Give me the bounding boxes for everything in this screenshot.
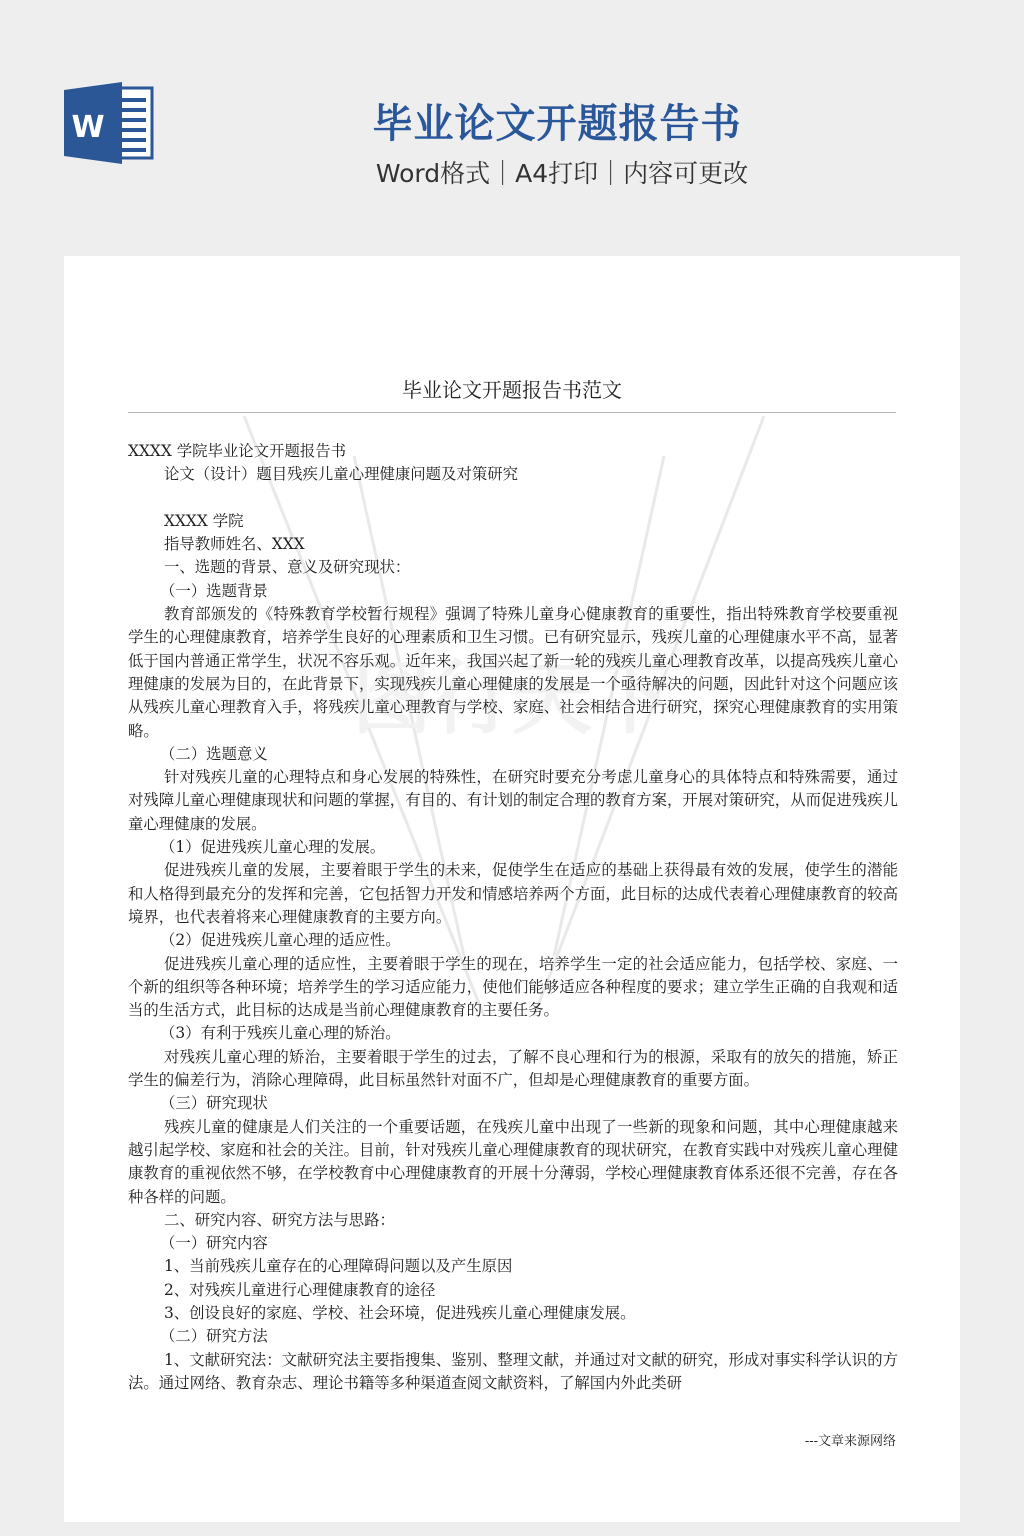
subsection-heading-background: （一）选题背景 (128, 580, 898, 603)
paragraph-advisor: 指导教师姓名、XXX (128, 533, 898, 556)
content-item-2: 2、对残疾儿童进行心理健康教育的途径 (128, 1279, 898, 1302)
paragraph-college-report: XXXX 学院毕业论文开题报告书 (128, 440, 898, 463)
paragraph-status: 残疾儿童的健康是人们关注的一个重要话题，在残疾儿童中出现了一些新的现象和问题，其… (128, 1116, 898, 1209)
paragraph-item-1: 促进残疾儿童的发展，主要着眼于学生的未来，促使学生在适应的基础上获得最有效的发展… (128, 859, 898, 929)
paragraph-background: 教育部颁发的《特殊教育学校暂行规程》强调了特殊儿童身心健康教育的重要性，指出特殊… (128, 603, 898, 743)
document-title: 毕业论文开题报告书范文 (64, 374, 960, 403)
subsection-heading-methods: （二）研究方法 (128, 1325, 898, 1348)
content-item-1: 1、当前残疾儿童存在的心理障碍问题以及产生原因 (128, 1255, 898, 1278)
paragraph-item-3: 对残疾儿童心理的矫治，主要着眼于学生的过去，了解不良心理和行为的根源，采取有的放… (128, 1046, 898, 1093)
item-heading-2: （2）促进残疾儿童心理的适应性。 (128, 929, 898, 952)
item-heading-3: （3）有利于残疾儿童心理的矫治。 (128, 1022, 898, 1045)
document-body: XXXX 学院毕业论文开题报告书 论文（设计）题目残疾儿童心理健康问题及对策研究… (128, 440, 898, 1395)
title-divider (128, 412, 896, 413)
banner-title: 毕业论文开题报告书 (0, 92, 1024, 149)
banner-subtitle: Word格式｜A4打印｜内容可更改 (0, 154, 1024, 190)
section-heading-2: 二、研究内容、研究方法与思路： (128, 1209, 898, 1232)
document-page: 图行天下 毕业论文开题报告书范文 XXXX 学院毕业论文开题报告书 论文（设计）… (64, 256, 960, 1522)
paragraph-thesis-topic: 论文（设计）题目残疾儿童心理健康问题及对策研究 (128, 463, 898, 486)
blank-line (128, 487, 898, 510)
banner-header: W 毕业论文开题报告书 Word格式｜A4打印｜内容可更改 (0, 0, 1024, 256)
subsection-heading-content: （一）研究内容 (128, 1232, 898, 1255)
paragraph-method-literature: 1、文献研究法：文献研究法主要指搜集、鉴别、整理文献，并通过对文献的研究，形成对… (128, 1349, 898, 1396)
subsection-heading-significance: （二）选题意义 (128, 743, 898, 766)
item-heading-1: （1）促进残疾儿童心理的发展。 (128, 836, 898, 859)
subsection-heading-status: （三）研究现状 (128, 1092, 898, 1115)
paragraph-college: XXXX 学院 (128, 510, 898, 533)
source-note: ---文章来源网络 (805, 1430, 896, 1449)
paragraph-item-2: 促进残疾儿童心理的适应性，主要着眼于学生的现在，培养学生一定的社会适应能力，包括… (128, 953, 898, 1023)
paragraph-significance: 针对残疾儿童的心理特点和身心发展的特殊性，在研究时要充分考虑儿童身心的具体特点和… (128, 766, 898, 836)
content-item-3: 3、创设良好的家庭、学校、社会环境，促进残疾儿童心理健康发展。 (128, 1302, 898, 1325)
section-heading-1: 一、选题的背景、意义及研究现状： (128, 556, 898, 579)
